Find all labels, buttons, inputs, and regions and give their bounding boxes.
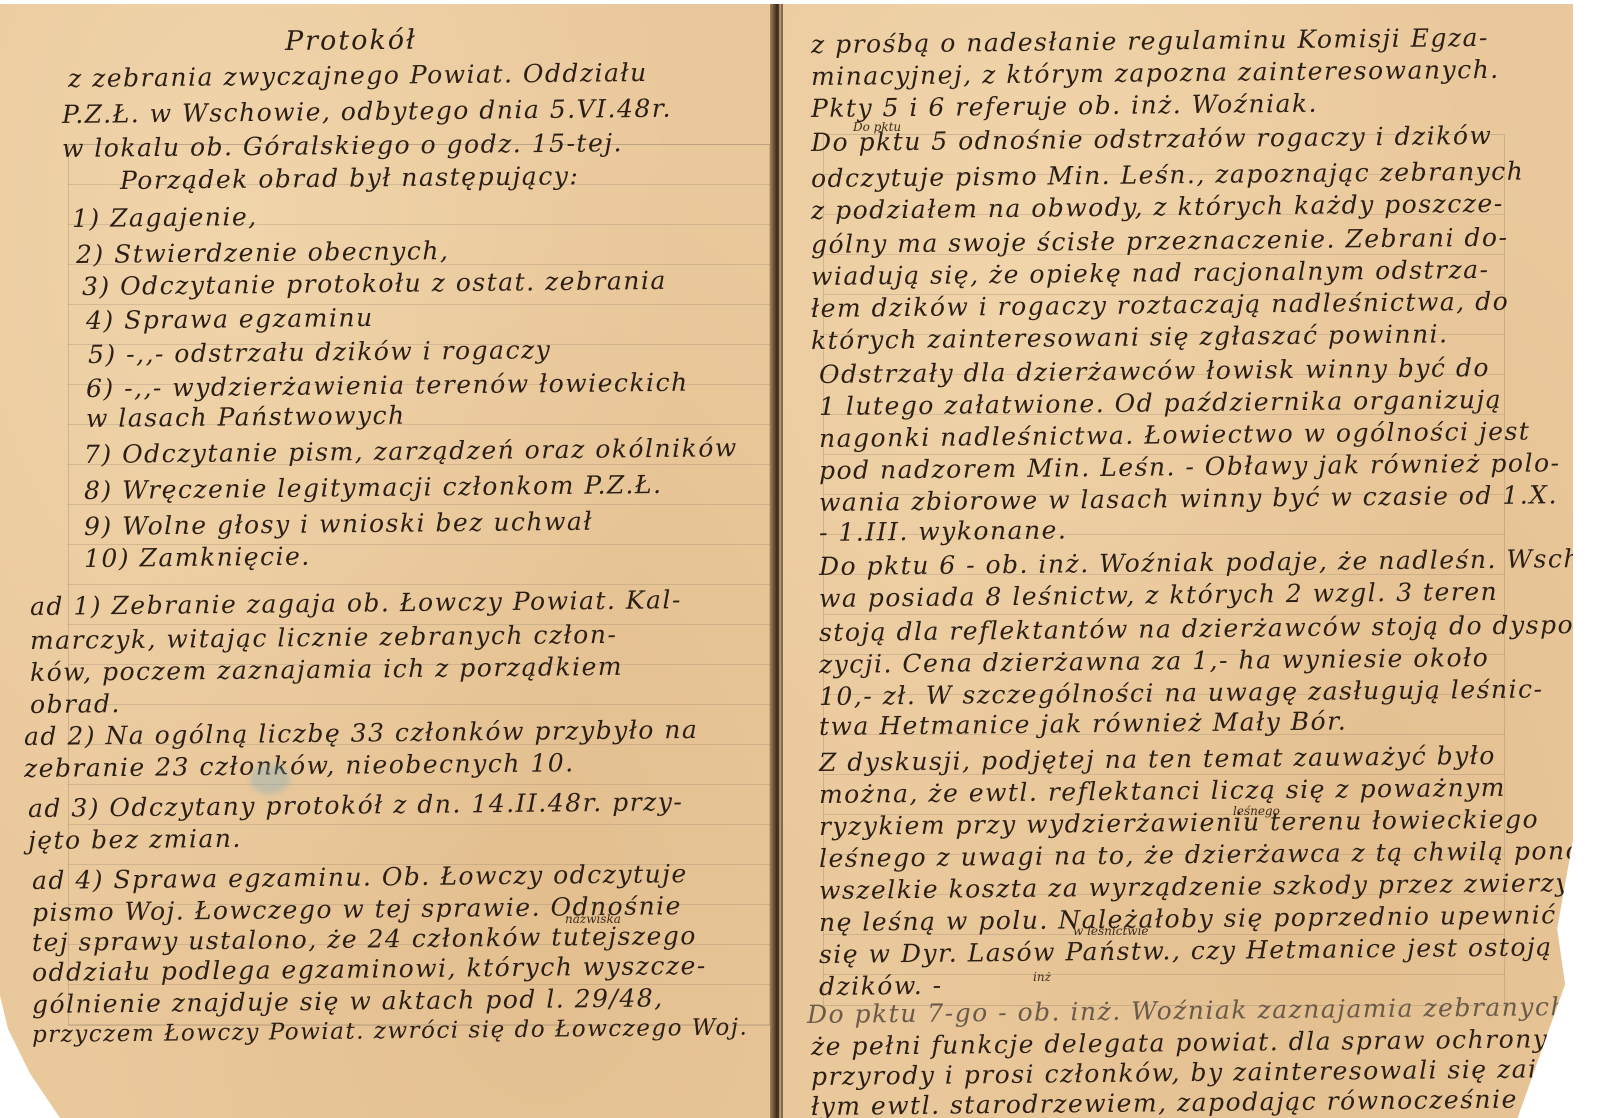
text-line: dzików. - [819,971,943,1001]
text-line: twa Hetmanice jak również Mały Bór. [819,706,1348,741]
text-line: - 1.III. wykonane. [819,515,1068,547]
left-page: Protokół z zebrania zwyczajnego Powiat. … [0,4,779,1118]
minutes-line: jęto bez zmian. [28,824,242,855]
agenda-item: 10) Zamknięcie. [84,542,311,573]
minutes-line: zebranie 23 członków, nieobecnych 10. [24,748,575,783]
minutes-line: obrad. [30,689,121,719]
text-line: minacyjnej, z którym zapozna zainteresow… [811,55,1500,91]
interlinear-note: inż [1033,970,1051,984]
right-page: z prośbą o nadesłanie regulaminu Komisji… [781,4,1573,1118]
header-line: P.Z.Ł. w Wschowie, odbytego dnia 5.VI.48… [62,94,672,129]
minutes-line: marczyk, witając licznie zebranych człon… [30,620,618,655]
agenda-intro: Porządek obrad był następujący: [120,161,580,195]
agenda-item: 1) Zagajenie, [72,202,258,233]
agenda-item: 2) Stwierdzenie obecnych, [76,236,450,269]
minutes-line: ków, poczem zaznajamia ich z porządkiem [30,652,623,687]
header-line: z zebrania zwyczajnego Powiat. Oddziału [68,58,648,93]
ink-stain [250,764,290,794]
agenda-item: w lasach Państwowych [86,401,406,433]
agenda-item: 3) Odczytanie protokołu z ostat. zebrani… [82,266,667,301]
text-line: Pkty 5 i 6 referuje ob. inż. Woźniak. [811,89,1318,123]
agenda-item: 4) Sprawa egzaminu [86,303,374,335]
agenda-item: 5) -,,- odstrzału dzików i rogaczy [88,335,552,369]
agenda-item: 8) Wręczenie legitymacji członkom P.Z.Ł. [84,470,663,505]
notebook-spread: Protokół z zebrania zwyczajnego Powiat. … [0,0,1600,1118]
document-title: Protokół [285,25,417,57]
text-line: z prośbą o nadesłanie regulaminu Komisji… [811,23,1489,59]
agenda-item: 9) Wolne głosy i wnioski bez uchwał [84,507,593,541]
header-line: w lokalu ob. Góralskiego o godz. 15-tej. [62,128,623,163]
book-gutter [770,4,782,1118]
